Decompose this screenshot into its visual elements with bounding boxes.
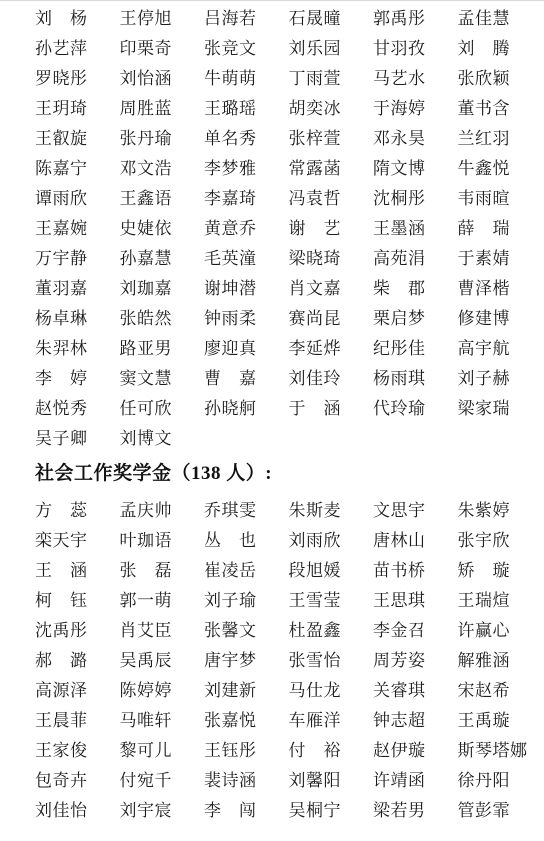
student-name: 吴桐宁	[289, 796, 374, 826]
student-name: 李梦雅	[204, 154, 289, 184]
student-name: 刘建新	[204, 676, 289, 706]
student-name: 王雪莹	[289, 586, 374, 616]
student-name: 李 婷	[35, 364, 120, 394]
student-name: 朱紫婷	[458, 496, 543, 526]
student-name: 陈婷婷	[120, 676, 205, 706]
student-name: 肖文嘉	[289, 274, 374, 304]
student-name: 黎可儿	[120, 736, 205, 766]
student-name: 柯 钰	[35, 586, 120, 616]
name-row: 栾天宇叶珈语丛 也刘雨欣唐林山张宇欣	[35, 526, 544, 556]
student-name: 杜盈鑫	[289, 616, 374, 646]
student-name: 邓永昊	[373, 124, 458, 154]
name-grid-social-work: 方 蕊孟庆帅乔琪雯朱斯麦文思宇朱紫婷栾天宇叶珈语丛 也刘雨欣唐林山张宇欣王 涵张…	[35, 496, 544, 826]
student-name: 王璐瑶	[204, 94, 289, 124]
student-name: 谢 艺	[289, 214, 374, 244]
name-row: 谭雨欣王鑫语李嘉琦冯袁哲沈桐彤韦雨暄	[35, 184, 544, 214]
name-grid-continued: 刘 杨王停旭吕海若石晟曈郭禹彤孟佳慧孙艺萍印栗奇张竞文刘乐园甘羽孜刘 腾罗晓彤刘…	[35, 4, 544, 454]
student-name: 钟志超	[373, 706, 458, 736]
student-name: 牛萌萌	[204, 64, 289, 94]
student-name: 纪彤佳	[373, 334, 458, 364]
student-name: 乔琪雯	[204, 496, 289, 526]
student-name: 裴诗涵	[204, 766, 289, 796]
student-name: 崔凌岳	[204, 556, 289, 586]
name-row: 赵悦秀任可欣孙晓舸于 涵代玲瑜梁家瑞	[35, 394, 544, 424]
student-name: 刘 杨	[35, 4, 120, 34]
student-name: 隋文博	[373, 154, 458, 184]
student-name: 肖艾臣	[120, 616, 205, 646]
name-row: 高源泽陈婷婷刘建新马仕龙关睿琪宋赵希	[35, 676, 544, 706]
student-name: 牛鑫悦	[458, 154, 543, 184]
student-name: 梁家瑞	[458, 394, 543, 424]
student-name: 徐丹阳	[458, 766, 543, 796]
student-name: 斯琴塔娜	[458, 736, 543, 766]
student-name: 史婕依	[120, 214, 205, 244]
student-name: 梁若男	[373, 796, 458, 826]
student-name: 张 磊	[120, 556, 205, 586]
student-name: 梁晓琦	[289, 244, 374, 274]
student-name: 于海婷	[373, 94, 458, 124]
student-name: 万宇静	[35, 244, 120, 274]
student-name: 黄意乔	[204, 214, 289, 244]
student-name: 赵悦秀	[35, 394, 120, 424]
student-name: 孙晓舸	[204, 394, 289, 424]
student-name: 王玥琦	[35, 94, 120, 124]
student-name: 唐宇梦	[204, 646, 289, 676]
student-name: 李 闯	[204, 796, 289, 826]
student-name: 代玲瑜	[373, 394, 458, 424]
student-name: 张嘉悦	[204, 706, 289, 736]
student-name: 方 蕊	[35, 496, 120, 526]
student-name: 杨卓琳	[35, 304, 120, 334]
student-name: 孟庆帅	[120, 496, 205, 526]
student-name: 刘怡涵	[120, 64, 205, 94]
student-name: 丁雨萱	[289, 64, 374, 94]
student-name: 管彭霏	[458, 796, 543, 826]
student-name: 沈禹彤	[35, 616, 120, 646]
scholarship-list-document: 刘 杨王停旭吕海若石晟曈郭禹彤孟佳慧孙艺萍印栗奇张竞文刘乐园甘羽孜刘 腾罗晓彤刘…	[0, 1, 544, 826]
student-name: 王 涵	[35, 556, 120, 586]
student-name: 孟佳慧	[458, 4, 543, 34]
student-name: 刘 腾	[458, 34, 543, 64]
student-name: 韦雨暄	[458, 184, 543, 214]
student-name: 谭雨欣	[35, 184, 120, 214]
student-name: 付宛千	[120, 766, 205, 796]
student-name: 王晨菲	[35, 706, 120, 736]
student-name: 周胜蓝	[120, 94, 205, 124]
student-name: 王停旭	[120, 4, 205, 34]
name-row: 王 涵张 磊崔凌岳段旭媛苗书桥矫 璇	[35, 556, 544, 586]
student-name: 车雁洋	[289, 706, 374, 736]
student-name: 刘乐园	[289, 34, 374, 64]
student-name: 修建博	[458, 304, 543, 334]
student-name: 刘佳怡	[35, 796, 120, 826]
student-name: 李嘉琦	[204, 184, 289, 214]
student-name: 高苑涓	[373, 244, 458, 274]
name-row: 沈禹彤肖艾臣张馨文杜盈鑫李金召许赢心	[35, 616, 544, 646]
student-name: 刘子瑜	[204, 586, 289, 616]
student-name: 丛 也	[204, 526, 289, 556]
name-row: 方 蕊孟庆帅乔琪雯朱斯麦文思宇朱紫婷	[35, 496, 544, 526]
student-name: 唐林山	[373, 526, 458, 556]
student-name: 吴子卿	[35, 424, 120, 454]
student-name: 李延烨	[289, 334, 374, 364]
student-name: 曹泽楷	[458, 274, 543, 304]
student-name: 马艺水	[373, 64, 458, 94]
student-name: 叶珈语	[120, 526, 205, 556]
student-name: 王墨涵	[373, 214, 458, 244]
student-name: 王叡旋	[35, 124, 120, 154]
name-row: 陈嘉宁邓文浩李梦雅常露菡隋文博牛鑫悦	[35, 154, 544, 184]
student-name: 赛尚昆	[289, 304, 374, 334]
student-name: 王嘉婉	[35, 214, 120, 244]
student-name: 赵伊璇	[373, 736, 458, 766]
student-name: 刘宇宸	[120, 796, 205, 826]
name-row: 李 婷窦文慧曹 嘉刘佳玲杨雨琪刘子赫	[35, 364, 544, 394]
student-name: 刘子赫	[458, 364, 543, 394]
name-row: 王玥琦周胜蓝王璐瑶胡奕冰于海婷董书含	[35, 94, 544, 124]
student-name: 沈桐彤	[373, 184, 458, 214]
student-name: 郭禹彤	[373, 4, 458, 34]
student-name: 郝 潞	[35, 646, 120, 676]
student-name: 矫 璇	[458, 556, 543, 586]
student-name: 董羽嘉	[35, 274, 120, 304]
student-name: 付 裕	[289, 736, 374, 766]
name-row: 包奇卉付宛千裴诗涵刘馨阳许靖函徐丹阳	[35, 766, 544, 796]
student-name: 印栗奇	[120, 34, 205, 64]
student-name: 柴 郡	[373, 274, 458, 304]
name-row: 杨卓琳张皓然钟雨柔赛尚昆栗启梦修建博	[35, 304, 544, 334]
student-name: 王思琪	[373, 586, 458, 616]
student-name: 解雅涵	[458, 646, 543, 676]
student-name: 曹 嘉	[204, 364, 289, 394]
student-name: 张竞文	[204, 34, 289, 64]
name-row: 刘 杨王停旭吕海若石晟曈郭禹彤孟佳慧	[35, 4, 544, 34]
name-row: 王家俊黎可儿王钰彤付 裕赵伊璇斯琴塔娜	[35, 736, 544, 766]
student-name: 吕海若	[204, 4, 289, 34]
student-name: 廖迎真	[204, 334, 289, 364]
student-name: 苗书桥	[373, 556, 458, 586]
student-name: 胡奕冰	[289, 94, 374, 124]
name-row: 吴子卿刘博文	[35, 424, 544, 454]
student-name: 朱斯麦	[289, 496, 374, 526]
student-name: 文思宇	[373, 496, 458, 526]
student-name: 王鑫语	[120, 184, 205, 214]
document-page: 刘 杨王停旭吕海若石晟曈郭禹彤孟佳慧孙艺萍印栗奇张竞文刘乐园甘羽孜刘 腾罗晓彤刘…	[0, 0, 544, 841]
student-name: 刘佳玲	[289, 364, 374, 394]
student-name: 刘珈嘉	[120, 274, 205, 304]
student-name: 王钰彤	[204, 736, 289, 766]
student-name: 宋赵希	[458, 676, 543, 706]
student-name: 张丹瑜	[120, 124, 205, 154]
student-name: 周芳姿	[373, 646, 458, 676]
student-name: 冯袁哲	[289, 184, 374, 214]
student-name: 董书含	[458, 94, 543, 124]
student-name: 谢坤潜	[204, 274, 289, 304]
student-name: 张欣颖	[458, 64, 543, 94]
student-name: 常露菡	[289, 154, 374, 184]
student-name: 王家俊	[35, 736, 120, 766]
name-row: 王嘉婉史婕依黄意乔谢 艺王墨涵薛 瑞	[35, 214, 544, 244]
student-name: 窦文慧	[120, 364, 205, 394]
student-name: 张宇欣	[458, 526, 543, 556]
student-name: 马仕龙	[289, 676, 374, 706]
student-name: 栾天宇	[35, 526, 120, 556]
student-name: 路亚男	[120, 334, 205, 364]
student-name: 刘馨阳	[289, 766, 374, 796]
student-name: 罗晓彤	[35, 64, 120, 94]
name-row: 刘佳怡刘宇宸李 闯吴桐宁梁若男管彭霏	[35, 796, 544, 826]
student-name: 石晟曈	[289, 4, 374, 34]
student-name: 刘博文	[120, 424, 205, 454]
student-name: 张梓萱	[289, 124, 374, 154]
student-name: 张皓然	[120, 304, 205, 334]
name-row: 柯 钰郭一萌刘子瑜王雪莹王思琪王瑞煊	[35, 586, 544, 616]
student-name: 杨雨琪	[373, 364, 458, 394]
student-name: 刘雨欣	[289, 526, 374, 556]
student-name: 单名秀	[204, 124, 289, 154]
student-name: 张馨文	[204, 616, 289, 646]
student-name: 孙艺萍	[35, 34, 120, 64]
student-name: 王瑞煊	[458, 586, 543, 616]
student-name: 薛 瑞	[458, 214, 543, 244]
student-name: 吴禹辰	[120, 646, 205, 676]
name-row: 王晨菲马唯轩张嘉悦车雁洋钟志超王禹璇	[35, 706, 544, 736]
student-name: 兰红羽	[458, 124, 543, 154]
student-name: 高宇航	[458, 334, 543, 364]
student-name: 毛英潼	[204, 244, 289, 274]
student-name: 于 涵	[289, 394, 374, 424]
student-name: 马唯轩	[120, 706, 205, 736]
student-name: 段旭媛	[289, 556, 374, 586]
name-row: 万宇静孙嘉慧毛英潼梁晓琦高苑涓于素婧	[35, 244, 544, 274]
name-row: 王叡旋张丹瑜单名秀张梓萱邓永昊兰红羽	[35, 124, 544, 154]
student-name: 陈嘉宁	[35, 154, 120, 184]
student-name: 许靖函	[373, 766, 458, 796]
student-name: 包奇卉	[35, 766, 120, 796]
student-name: 钟雨柔	[204, 304, 289, 334]
student-name: 朱羿林	[35, 334, 120, 364]
student-name: 李金召	[373, 616, 458, 646]
student-name: 张雪怡	[289, 646, 374, 676]
student-name: 高源泽	[35, 676, 120, 706]
student-name: 许赢心	[458, 616, 543, 646]
name-row: 朱羿林路亚男廖迎真李延烨纪彤佳高宇航	[35, 334, 544, 364]
student-name: 孙嘉慧	[120, 244, 205, 274]
student-name: 关睿琪	[373, 676, 458, 706]
name-row: 罗晓彤刘怡涵牛萌萌丁雨萱马艺水张欣颖	[35, 64, 544, 94]
name-row: 郝 潞吴禹辰唐宇梦张雪怡周芳姿解雅涵	[35, 646, 544, 676]
student-name: 王禹璇	[458, 706, 543, 736]
section-heading-social-work-scholarship: 社会工作奖学金（138 人）:	[35, 460, 544, 488]
student-name: 任可欣	[120, 394, 205, 424]
student-name: 郭一萌	[120, 586, 205, 616]
student-name: 甘羽孜	[373, 34, 458, 64]
student-name: 栗启梦	[373, 304, 458, 334]
name-row: 孙艺萍印栗奇张竞文刘乐园甘羽孜刘 腾	[35, 34, 544, 64]
student-name: 于素婧	[458, 244, 543, 274]
name-row: 董羽嘉刘珈嘉谢坤潜肖文嘉柴 郡曹泽楷	[35, 274, 544, 304]
student-name: 邓文浩	[120, 154, 205, 184]
